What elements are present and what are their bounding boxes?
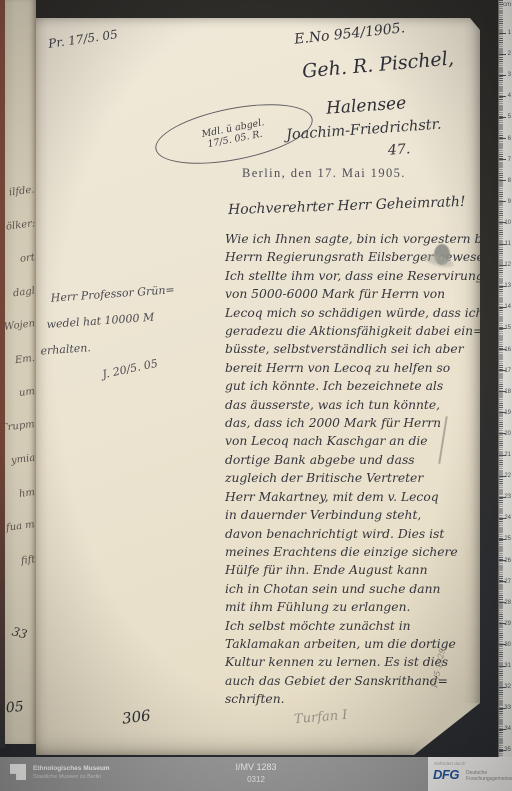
- ruler-cm-tick: [499, 117, 506, 118]
- archive-photo-stage: ilfde.ölker:ortdaglWojenEm.umTrupmymiahm…: [0, 0, 512, 791]
- edge-fragment: dagl: [12, 285, 35, 299]
- ruler-cm-tick: [499, 54, 506, 55]
- body-line: auch das Gebiet der Sanskrithand=: [225, 672, 487, 690]
- body-line: geradezu die Aktionsfähigkeit dabei ein=: [225, 322, 487, 340]
- ruler-cm-tick: [499, 476, 506, 477]
- ruler-cm-tick: [499, 708, 506, 709]
- body-line: Taklamakan arbeiten, um die dortige: [225, 635, 487, 653]
- prev-page-number: 305: [5, 699, 24, 717]
- margin-note-line: J. 20/5. 05: [101, 357, 159, 381]
- prev-page-corner-number: 33: [11, 624, 29, 641]
- ruler-cm-tick: [499, 750, 506, 751]
- ruler-cm-number: 2: [508, 51, 511, 57]
- body-line: davon benachrichtigt wird. Dies ist: [225, 525, 487, 543]
- ruler-cm-tick: [499, 349, 506, 350]
- ruler-cm-tick: [499, 328, 506, 329]
- body-line: das äusserste, was ich tun könnte,: [225, 396, 487, 414]
- previous-page-edge: ilfde.ölker:ortdaglWojenEm.umTrupmymiahm…: [5, 0, 36, 744]
- body-line: von Lecoq nach Kaschgar an die: [225, 432, 487, 450]
- funding-label: Gefördert durch: [434, 761, 466, 766]
- body-line: gut ich könnte. Ich bezeichnete als: [225, 377, 487, 395]
- edge-fragment: fift: [20, 554, 36, 567]
- ruler-cm-number: 6: [508, 136, 511, 142]
- ruler-cm-tick: [499, 644, 506, 645]
- body-line: Ich stellte ihm vor, dass eine Reserviru…: [225, 267, 487, 285]
- body-line: Kultur kennen zu lernen. Es ist dies: [225, 653, 487, 671]
- ruler-cm-tick: [499, 244, 506, 245]
- recipient-name: Geh. R. Pischel,: [301, 47, 454, 82]
- margin-note-line: wedel hat 10000 M: [46, 311, 154, 331]
- ruler-cm-tick: [499, 201, 506, 202]
- ruler-cm-tick: [499, 581, 506, 582]
- ruler-cm-tick: [499, 307, 506, 308]
- letter-body: Wie ich Ihnen sagte, bin ich vorgestern …: [225, 230, 487, 709]
- ruler-unit-label: cm: [503, 2, 511, 8]
- ruler-cm-tick: [499, 497, 506, 498]
- edge-fragment: Em.: [14, 352, 35, 365]
- edge-fragment: hm: [18, 487, 35, 500]
- dfg-funding-block: Gefördert durch DFG Deutsche Forschungsg…: [428, 757, 512, 791]
- dateline: Berlin, den 17. Mai 1905.: [242, 166, 406, 181]
- ruler-cm-number: 9: [508, 199, 511, 205]
- margin-note-line: Herr Professor Grün=: [50, 283, 175, 305]
- letter-page: Pr. 17/5. 05 E.No 954/1905. Geh. R. Pisc…: [36, 18, 480, 755]
- ruler-cm-tick: [499, 75, 506, 76]
- ruler-cm-tick: [499, 433, 506, 434]
- ruler-cm-tick: [499, 222, 506, 223]
- body-line: Ich selbst möchte zunächst in: [225, 617, 487, 635]
- edge-fragment: ymia: [10, 453, 35, 467]
- body-line: meines Erachtens die einzige sichere: [225, 543, 487, 561]
- body-line: von 5000-6000 Mark für Herrn von: [225, 285, 487, 303]
- ruler-cm-number: 8: [508, 178, 511, 184]
- body-line: zugleich der Britische Vertreter: [225, 469, 487, 487]
- ruler-cm-tick: [499, 33, 506, 34]
- ruler: cm 1234567891011121314151617181920212223…: [498, 0, 512, 757]
- edge-fragment: Wojen: [5, 318, 36, 333]
- edge-fragment: fua m: [6, 519, 36, 533]
- ruler-cm-number: 5: [508, 114, 511, 120]
- ruler-cm-tick: [499, 518, 506, 519]
- edge-fragment: Trupm: [5, 418, 36, 433]
- body-line: Lecoq mich so schädigen würde, dass ich: [225, 304, 487, 322]
- margin-note-line: erhalten.: [40, 341, 91, 357]
- body-line: bereit Herrn von Lecoq zu helfen so: [225, 359, 487, 377]
- dfg-name-line2: Forschungsgemeinschaft: [466, 776, 512, 782]
- address-street-number: 47.: [387, 141, 410, 159]
- salutation: Hochverehrter Herr Geheimrath!: [228, 194, 466, 218]
- ruler-cm-number: 4: [508, 93, 511, 99]
- body-line: Hülfe für ihn. Ende August kann: [225, 561, 487, 579]
- body-line: büsste, selbstverständlich sei ich aber: [225, 340, 487, 358]
- ruler-cm-tick: [499, 602, 506, 603]
- ruler-cm-number: 3: [508, 72, 511, 78]
- body-line: in dauernder Verbindung steht,: [225, 506, 487, 524]
- body-line: Herr Makartney, mit dem v. Lecoq: [225, 488, 487, 506]
- body-line: ich in Chotan sein und suche dann: [225, 580, 487, 598]
- ruler-cm-tick: [499, 687, 506, 688]
- ruler-cm-tick: [499, 666, 506, 667]
- dfg-logo: DFG: [433, 767, 459, 782]
- ruler-cm-tick: [499, 412, 506, 413]
- folded-page-corner: [414, 703, 480, 755]
- edge-fragment: um: [18, 386, 35, 399]
- body-line: Wie ich Ihnen sagte, bin ich vorgestern …: [225, 230, 487, 248]
- entry-number-note: E.No 954/1905.: [293, 20, 405, 48]
- ruler-cm-tick: [499, 455, 506, 456]
- edge-fragment: ilfde.: [9, 184, 36, 198]
- body-line: das, dass ich 2000 Mark für Herrn: [225, 414, 487, 432]
- page-number: 306: [121, 706, 152, 727]
- ruler-cm-tick: [499, 370, 506, 371]
- ruler-cm-tick: [499, 138, 506, 139]
- ruler-cm-number: 1: [508, 30, 511, 36]
- ruler-cm-tick: [499, 265, 506, 266]
- address-place: Halensee: [325, 93, 406, 119]
- footer-bar: Ethnologisches Museum Staatliche Museen …: [0, 757, 512, 791]
- ruler-cm-tick: [499, 96, 506, 97]
- ruler-cm-number: 7: [508, 157, 511, 163]
- ruler-cm-tick: [499, 623, 506, 624]
- margin-note: Herr Professor Grün=wedel hat 10000 Merh…: [36, 280, 233, 403]
- body-line: mit ihm Fühlung zu erlangen.: [225, 598, 487, 616]
- ruler-cm-tick: [499, 180, 506, 181]
- ruler-cm-tick: [499, 539, 506, 540]
- ruler-cm-tick: [499, 560, 506, 561]
- circled-processing-note: Mdl. ü abgel. 17/5. 05. R.: [151, 93, 318, 175]
- pr-registry-note: Pr. 17/5. 05: [47, 27, 118, 51]
- body-line: dortige Bank abgebe und dass: [225, 451, 487, 469]
- edge-fragment: ölker:: [5, 218, 35, 232]
- ruler-cm-tick: [499, 391, 506, 392]
- ruler-cm-tick: [499, 159, 506, 160]
- edge-fragment: ort: [20, 252, 36, 265]
- pencil-annotation: Turfan I: [293, 708, 348, 728]
- ruler-cm-tick: [499, 286, 506, 287]
- ruler-cm-tick: [499, 729, 506, 730]
